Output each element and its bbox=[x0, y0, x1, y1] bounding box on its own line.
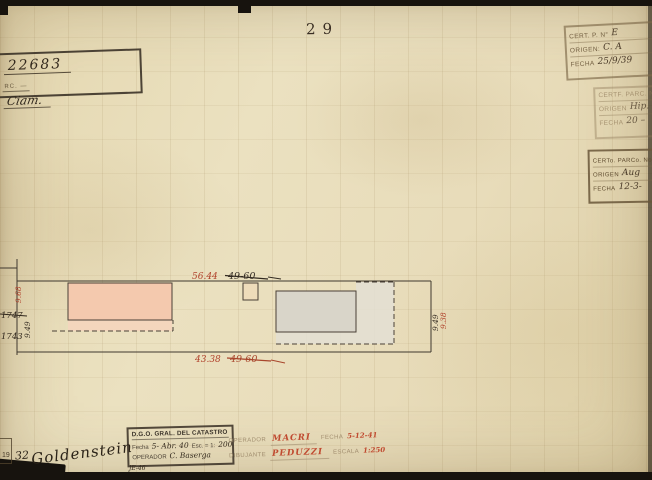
scanned-cadastral-sheet: 29 22683 RC. — Ciam. CERT. P. N° E ORIGE… bbox=[0, 0, 652, 480]
cert1-title: CERT. P. N° bbox=[569, 31, 609, 40]
cert1-fecha-value: 25/9/39 bbox=[597, 55, 632, 67]
cert2-title: CERTF. PARC. N° bbox=[598, 90, 652, 99]
owner-name: Goldenstein bbox=[30, 438, 133, 468]
cert3-origen-label: ORIGEN bbox=[593, 172, 619, 178]
note-crossed: 1747 bbox=[1, 311, 23, 321]
catastro-escala-label: Esc. = 1: bbox=[192, 443, 216, 450]
tracing-escala-label: ESCALA bbox=[333, 449, 359, 456]
year-written: 32 bbox=[15, 449, 30, 463]
tracing-fecha-label: FECHA bbox=[321, 434, 344, 441]
cert2-fecha-label: FECHA bbox=[599, 119, 623, 127]
registry-stamp: 22683 RC. — Ciam. bbox=[0, 48, 143, 98]
year-stamp-box bbox=[0, 438, 12, 464]
dim-bottom-corrected: 43.38 bbox=[194, 355, 221, 365]
note-lot-number: 1743 bbox=[1, 332, 23, 342]
tracing-dibujante-label: DIBUJANTE bbox=[229, 452, 266, 459]
dim-left-red: 9.68 bbox=[14, 286, 23, 303]
building-left-extension bbox=[68, 320, 172, 331]
tracing-dibujante-value: PEDUZZI bbox=[270, 447, 329, 461]
dim-top-strike-tail bbox=[268, 277, 281, 279]
cert1-title-value: E bbox=[611, 28, 618, 38]
tracing-stamp: OPERADOR MACRI FECHA 5-12-41 DIBUJANTE P… bbox=[228, 431, 365, 472]
building-right bbox=[276, 291, 356, 332]
catastro-fecha-label: Fecha bbox=[132, 444, 149, 450]
scan-edge-top bbox=[0, 0, 652, 6]
certificate-stamp-2: CERTF. PARC. N° ORIGEN Hip. FECHA 20 – bbox=[593, 85, 652, 140]
certificate-stamp-1: CERT. P. N° E ORIGEN: C. A FECHA 25/9/39 bbox=[564, 20, 652, 80]
scan-edge-top-left bbox=[0, 0, 8, 15]
cert2-origen-label: ORIGEN bbox=[599, 105, 627, 113]
catastro-margin-note: JE-46 bbox=[129, 465, 146, 472]
tracing-escala-value: 1:250 bbox=[363, 445, 385, 455]
cert1-fecha-label: FECHA bbox=[571, 60, 595, 68]
tracing-operador-label: OPERADOR bbox=[229, 437, 267, 444]
page-number: 29 bbox=[306, 20, 339, 39]
plan-drawing: 56.44 49-60 43.38 49-60 9.68 9.49 9.49 9… bbox=[0, 250, 460, 380]
catastro-operador-label: OPERADOR bbox=[132, 454, 166, 461]
tracing-fecha-value: 5-12-41 bbox=[347, 430, 377, 440]
catastro-fecha-value: 5- Abr. 40 bbox=[152, 440, 189, 450]
building-left bbox=[68, 283, 172, 320]
dim-left-black: 9.49 bbox=[23, 321, 32, 338]
cert3-fecha-value: 12-3- bbox=[618, 182, 641, 192]
cert1-origen-label: ORIGEN: bbox=[570, 46, 601, 55]
registry-number: 22683 bbox=[3, 56, 70, 75]
cert2-fecha-value: 20 – bbox=[626, 116, 645, 127]
registry-signature-scribble: Ciam. bbox=[4, 92, 54, 109]
dim-right-red: 9.38 bbox=[439, 312, 448, 329]
year-printed: 19 bbox=[2, 452, 10, 459]
cert3-title: CERTo. PARCo. No. bbox=[593, 158, 652, 165]
dim-top-corrected: 56.44 bbox=[192, 272, 218, 282]
cert3-fecha-label: FECHA bbox=[593, 186, 615, 192]
cert1-origen-value: C. A bbox=[603, 42, 622, 53]
cert3-origen-value: Aug bbox=[622, 168, 640, 178]
catastro-stamp: D.G.O. GRAL. DEL CATASTRO Fecha 5- Abr. … bbox=[126, 425, 234, 468]
cert2-origen-value: Hip. bbox=[630, 101, 650, 112]
structure-notch bbox=[243, 283, 258, 300]
tracing-operador-value: MACRI bbox=[270, 432, 317, 446]
catastro-operador-value: C. Baserga bbox=[169, 450, 211, 460]
scan-edge-top-tab bbox=[238, 0, 251, 13]
certificate-stamp-3: CERTo. PARCo. No. 5 ORIGEN Aug FECHA 12-… bbox=[588, 148, 652, 203]
scan-edge-bottom bbox=[0, 472, 652, 480]
dim-bottom-strike-tail bbox=[271, 360, 285, 363]
